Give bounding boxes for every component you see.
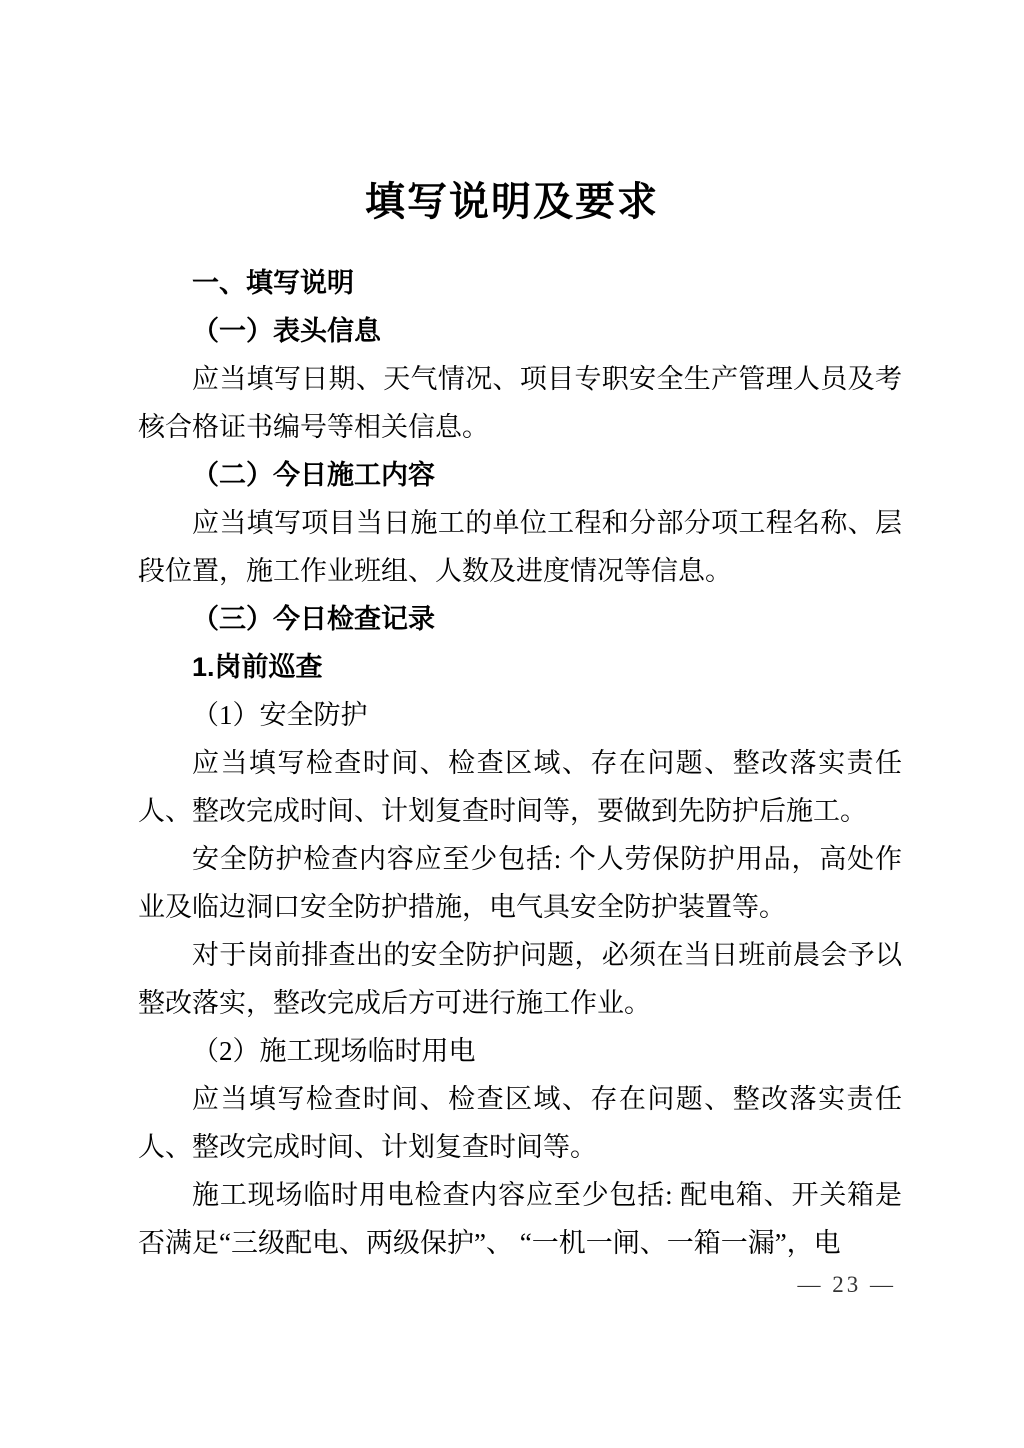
subheading: （1）安全防护 <box>138 691 902 739</box>
page-number: — 23 — <box>798 1272 897 1298</box>
paragraph: 应当填写项目当日施工的单位工程和分部分项工程名称、层段位置，施工作业班组、人数及… <box>138 499 902 595</box>
section-heading-level2: （二）今日施工内容 <box>138 451 902 499</box>
section-heading-level2: （一）表头信息 <box>138 307 902 355</box>
document-page: 填写说明及要求 一、填写说明 （一）表头信息 应当填写日期、天气情况、项目专职安… <box>0 0 1024 1448</box>
paragraph: 施工现场临时用电检查内容应至少包括: 配电箱、开关箱是否满足“三级配电、两级保护… <box>138 1171 902 1267</box>
paragraph: 应当填写检查时间、检查区域、存在问题、整改落实责任人、整改完成时间、计划复查时间… <box>138 739 902 835</box>
paragraph: 安全防护检查内容应至少包括: 个人劳保防护用品，高处作业及临边洞口安全防护措施，… <box>138 835 902 931</box>
paragraph: 应当填写检查时间、检查区域、存在问题、整改落实责任人、整改完成时间、计划复查时间… <box>138 1075 902 1171</box>
paragraph: 对于岗前排查出的安全防护问题，必须在当日班前晨会予以整改落实，整改完成后方可进行… <box>138 931 902 1027</box>
section-heading-level2: （三）今日检查记录 <box>138 595 902 643</box>
paragraph: 应当填写日期、天气情况、项目专职安全生产管理人员及考核合格证书编号等相关信息。 <box>138 355 902 451</box>
section-heading-level3: 1.岗前巡查 <box>138 643 902 691</box>
section-heading-level1: 一、填写说明 <box>138 259 902 307</box>
subheading: （2）施工现场临时用电 <box>138 1027 902 1075</box>
document-title: 填写说明及要求 <box>0 0 1024 226</box>
document-body: 一、填写说明 （一）表头信息 应当填写日期、天气情况、项目专职安全生产管理人员及… <box>138 259 902 1267</box>
